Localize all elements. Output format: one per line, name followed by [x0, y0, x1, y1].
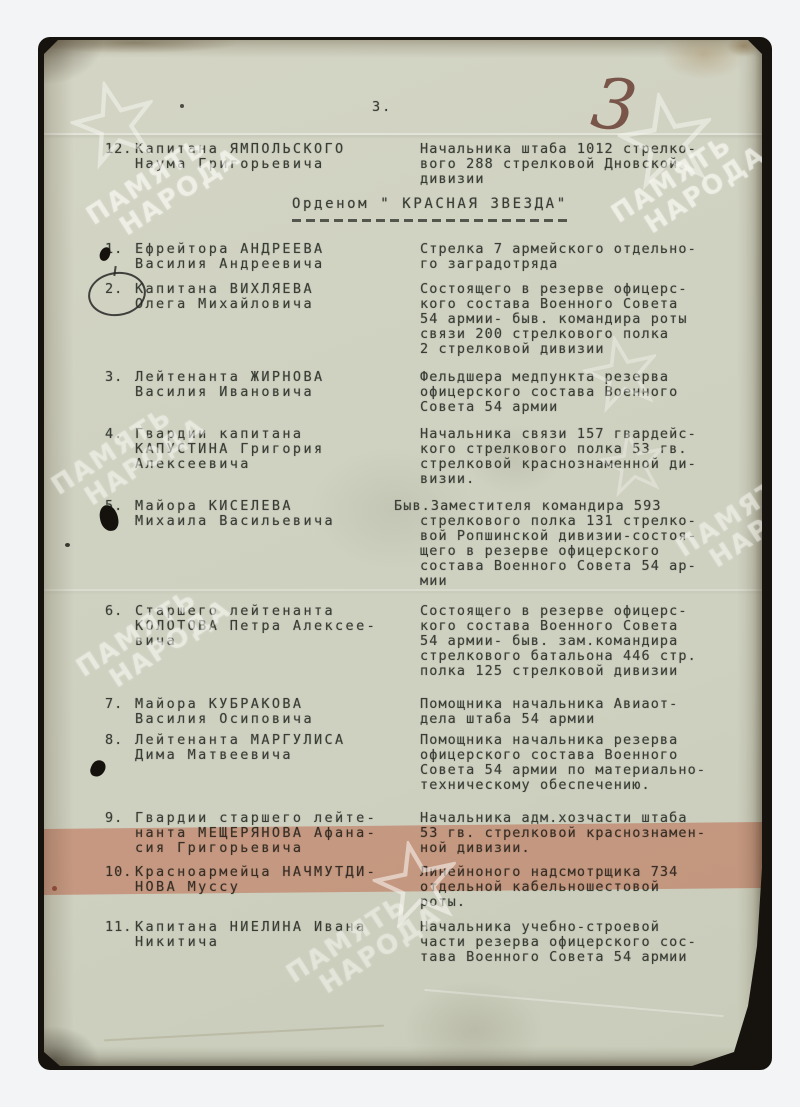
- watermark-line1: ПАМЯТЬ: [82, 121, 231, 231]
- entry-name: Капитана ЯМПОЛЬСКОГО Наума Григорьевича: [135, 142, 435, 172]
- paper-crease: [425, 989, 724, 1017]
- ink-blot: [89, 758, 108, 779]
- entry-name: Майора КУБРАКОВА Василия Осиповича: [135, 697, 435, 727]
- entry-number: 3.: [105, 370, 139, 385]
- entry-name: Капитана НИЕЛИНА Ивана Никитича: [135, 920, 435, 950]
- entry-number: 11.: [105, 920, 139, 935]
- entry-name: Лейтенанта МАРГУЛИСА Дима Матвеевича: [135, 733, 435, 763]
- entry-position: Начальника штаба 1012 стрелко- вого 288 …: [420, 142, 762, 187]
- ink-speck: [65, 543, 70, 547]
- ink-speck: [52, 886, 57, 891]
- entry-position: Помощника начальника резерва офицерского…: [420, 733, 762, 793]
- handwritten-page-number: 3: [587, 62, 641, 149]
- entry-number: 8.: [105, 733, 139, 748]
- entry-name: Капитана ВИХЛЯЕВА Олега Михайловича: [135, 282, 435, 312]
- entry-position: Фельдшера медпункта резерва офицерского …: [420, 370, 762, 415]
- entry-name: Лейтенанта ЖИРНОВА Василия Ивановича: [135, 370, 435, 400]
- entry-position: Быв.Заместителя командира 593 стрелковог…: [420, 499, 762, 589]
- page-number: 3.: [372, 100, 392, 115]
- entry-position: Состоящего в резерве офицерс- кого соста…: [420, 604, 762, 679]
- scanned-document-page: 3. 3 12. Капитана ЯМПОЛЬСКОГО Наума Григ…: [0, 0, 800, 1107]
- section-header-underline: [292, 219, 568, 222]
- ink-speck: [180, 104, 184, 108]
- ink-blot: [98, 246, 111, 262]
- entry-number: 6.: [105, 604, 139, 619]
- entry-number: 9.: [105, 811, 139, 826]
- entry-position: Начальника связи 157 гвардейс- кого стре…: [420, 427, 762, 487]
- highlight-band: [44, 822, 762, 895]
- paper-crease: [44, 589, 762, 591]
- entry-name: Ефрейтора АНДРЕЕВА Василия Андреевича: [135, 242, 435, 272]
- scanner-background: 3. 3 12. Капитана ЯМПОЛЬСКОГО Наума Григ…: [38, 37, 772, 1070]
- paper-sheet: 3. 3 12. Капитана ЯМПОЛЬСКОГО Наума Григ…: [44, 40, 762, 1066]
- entry-name: Майора КИСЕЛЕВА Михаила Васильевича: [135, 499, 435, 529]
- entry-position: Стрелка 7 армейского отдельно- го заград…: [420, 242, 762, 272]
- entry-number: 12.: [105, 142, 139, 157]
- entry-number: 4.: [105, 427, 139, 442]
- entry-name: Гвардии капитана КАПУСТИНА Григория Алек…: [135, 427, 435, 472]
- entry-position: Начальника учебно-строевой части резерва…: [420, 920, 762, 965]
- entry-name: Старшего лейтенанта КОЛОТОВА Петра Алекс…: [135, 604, 435, 649]
- entry-number: 7.: [105, 697, 139, 712]
- section-header: Орденом " КРАСНАЯ ЗВЕЗДА": [292, 196, 568, 212]
- entry-position: Состоящего в резерве офицерс- кого соста…: [420, 282, 762, 357]
- pen-circle-annotation: [85, 268, 149, 320]
- paper-crease: [44, 133, 762, 135]
- entry-position: Помощника начальника Авиаот- дела штаба …: [420, 697, 762, 727]
- paper-crease: [104, 1025, 384, 1041]
